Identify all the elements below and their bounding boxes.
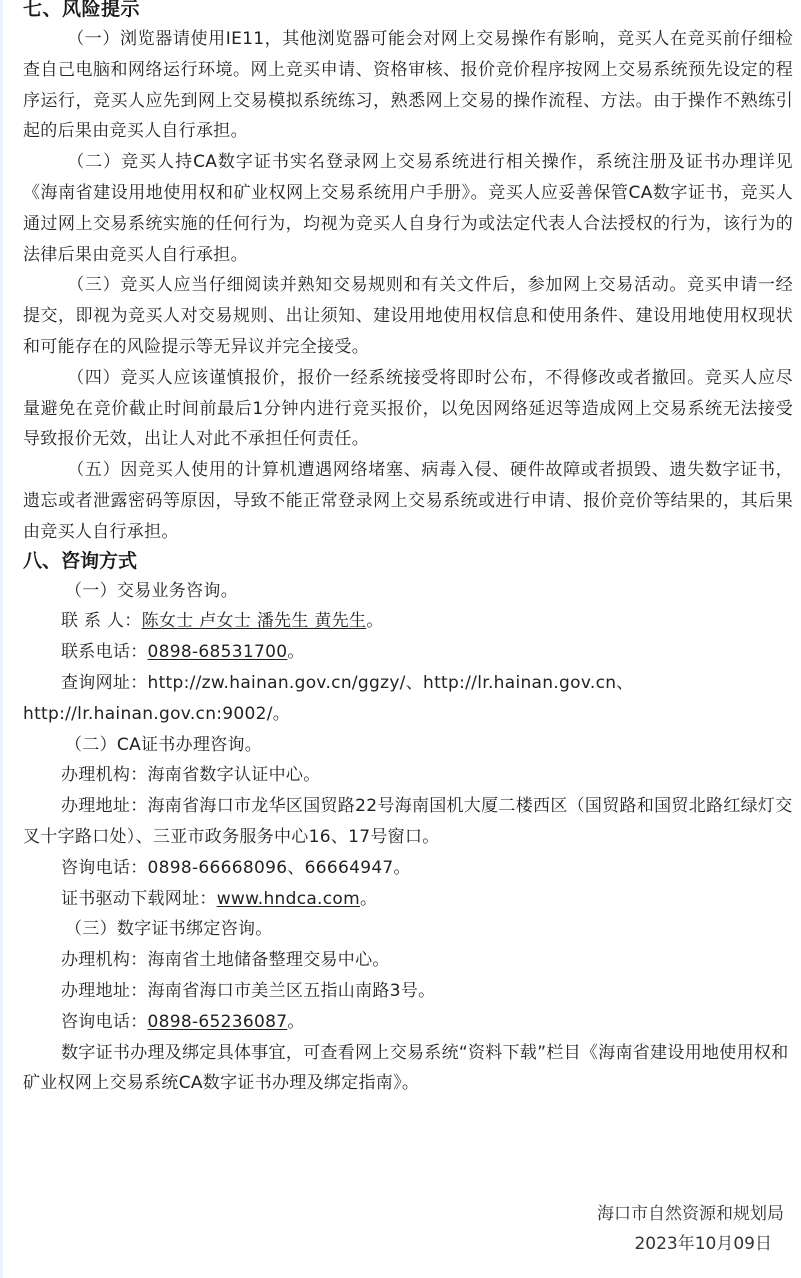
contact-label: 联 系 人： <box>61 611 142 631</box>
phone-label: 咨询电话： <box>61 858 148 878</box>
org-value: 海南省土地储备整理交易中心。 <box>148 950 390 970</box>
bind-consult-heading: （三）数字证书绑定咨询。 <box>23 914 793 945</box>
contact-names-link[interactable]: 陈女士 卢女士 潘先生 黄先生 <box>142 611 367 631</box>
phone-label: 联系电话： <box>61 642 148 662</box>
section-7-title: 七、风险提示 <box>23 0 793 24</box>
left-border-strip <box>0 0 3 1278</box>
period: 。 <box>360 889 377 909</box>
ca-download-row: 证书驱动下载网址：www.hndca.com。 <box>23 884 793 915</box>
trade-consult-heading: （一）交易业务咨询。 <box>23 576 793 607</box>
addr-label: 办理地址： <box>61 981 148 1001</box>
org-value: 海南省数字认证中心。 <box>148 765 321 785</box>
ca-org-row: 办理机构：海南省数字认证中心。 <box>23 760 793 791</box>
bind-note: 数字证书办理及绑定具体事宜，可查看网上交易系统“资料下载”栏目《海南省建设用地使… <box>23 1038 793 1100</box>
trade-phone-row: 联系电话：0898-68531700。 <box>23 637 793 668</box>
ca-phone-row: 咨询电话：0898-66668096、66664947。 <box>23 853 793 884</box>
risk-paragraph-4: （四）竞买人应该谨慎报价，报价一经系统接受将即时公布，不得修改或者撤回。竞买人应… <box>23 363 793 455</box>
risk-paragraph-2: （二）竞买人持CA数字证书实名登录网上交易系统进行相关操作，系统注册及证书办理详… <box>23 147 793 270</box>
phone-label: 咨询电话： <box>61 1012 148 1032</box>
ca-consult-heading: （二）CA证书办理咨询。 <box>23 730 793 761</box>
trade-contact-row: 联 系 人：陈女士 卢女士 潘先生 黄先生。 <box>23 606 793 637</box>
risk-paragraph-1: （一）浏览器请使用IE11，其他浏览器可能会对网上交易操作有影响，竞买人在竞买前… <box>23 24 793 147</box>
section-8-title: 八、咨询方式 <box>23 546 793 576</box>
download-label: 证书驱动下载网址： <box>61 889 217 909</box>
org-label: 办理机构： <box>61 950 148 970</box>
url-label: 查询网址： <box>61 673 148 693</box>
document-body: 七、风险提示 （一）浏览器请使用IE11，其他浏览器可能会对网上交易操作有影响，… <box>23 0 793 1099</box>
hndca-link[interactable]: www.hndca.com <box>217 889 360 909</box>
signature-date: 2023年10月09日 <box>597 1229 784 1259</box>
period: 。 <box>366 611 383 631</box>
risk-paragraph-3: （三）竞买人应当仔细阅读并熟知交易规则和有关文件后，参加网上交易活动。竞买申请一… <box>23 270 793 362</box>
bind-org-row: 办理机构：海南省土地储备整理交易中心。 <box>23 945 793 976</box>
signature-org: 海口市自然资源和规划局 <box>597 1199 784 1229</box>
org-label: 办理机构： <box>61 765 148 785</box>
ca-address-row: 办理地址：海南省海口市龙华区国贸路22号海南国机大厦二楼西区（国贸路和国贸北路红… <box>23 791 793 853</box>
phone-value: 0898-66668096、66664947。 <box>148 858 411 878</box>
risk-paragraph-5: （五）因竞买人使用的计算机遭遇网络堵塞、病毒入侵、硬件故障或者损毁、遗失数字证书… <box>23 455 793 547</box>
trade-phone-link[interactable]: 0898-68531700 <box>148 642 288 662</box>
addr-label: 办理地址： <box>61 796 148 816</box>
period: 。 <box>287 1012 304 1032</box>
period: 。 <box>287 642 304 662</box>
addr-value: 海南省海口市美兰区五指山南路3号。 <box>148 981 436 1001</box>
signature-block: 海口市自然资源和规划局 2023年10月09日 <box>597 1199 784 1259</box>
bind-phone-row: 咨询电话：0898-65236087。 <box>23 1007 793 1038</box>
bind-phone-link[interactable]: 0898-65236087 <box>148 1012 288 1032</box>
trade-url-row: 查询网址：http://zw.hainan.gov.cn/ggzy/、http:… <box>23 668 793 730</box>
bind-address-row: 办理地址：海南省海口市美兰区五指山南路3号。 <box>23 976 793 1007</box>
